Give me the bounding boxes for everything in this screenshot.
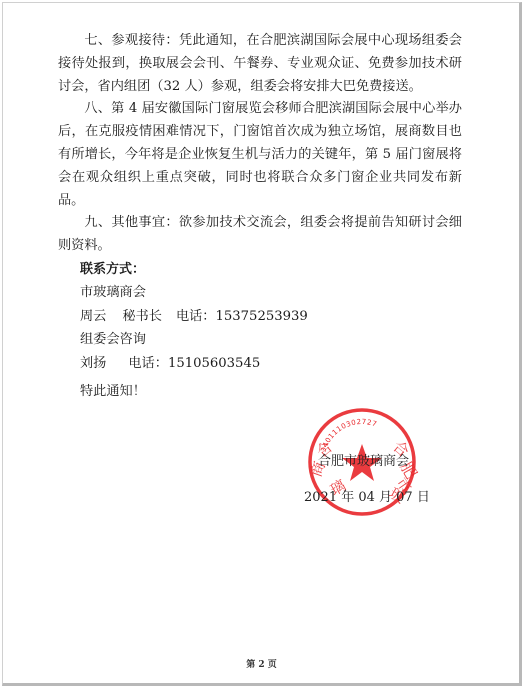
paragraph-seven: 七、参观接待：凭此通知，在合肥滨湖国际会展中心现场组委会接待处报到，换取展会会刊… — [58, 30, 462, 98]
contact-org-1: 市玻璃商会 — [80, 281, 462, 305]
contact-heading: 联系方式： — [80, 258, 462, 282]
contact-1-title: 秘书长 — [122, 309, 162, 324]
contact-2-name: 刘扬 — [80, 356, 106, 371]
paragraph-nine: 九、其他事宜：欲参加技术交流会，组委会将提前告知研讨会细则资料。 — [58, 212, 462, 258]
page-number: 第 2 页 — [0, 657, 523, 670]
contact-person-2: 刘扬电话：15105603545 — [80, 352, 462, 376]
signature-date: 2021 年 04 月 07 日 — [304, 486, 430, 505]
contact-1-phone-label: 电话： — [176, 309, 216, 324]
closing-text: 特此通知！ — [80, 380, 146, 399]
document-body: 七、参观接待：凭此通知，在合肥滨湖国际会展中心现场组委会接待处报到，换取展会会刊… — [58, 30, 462, 375]
contact-1-name: 周云 — [80, 309, 106, 324]
signature-org: 合肥市玻璃商会 — [318, 450, 409, 469]
contact-section: 联系方式： 市玻璃商会 周云秘书长电话：15375253939 组委会咨询 刘扬… — [58, 258, 462, 376]
contact-1-phone: 15375253939 — [216, 309, 308, 324]
contact-2-phone-label: 电话： — [128, 356, 168, 371]
contact-person-1: 周云秘书长电话：15375253939 — [80, 305, 462, 329]
contact-2-phone: 15105603545 — [168, 356, 260, 371]
paragraph-eight: 八、第 4 届安徽国际门窗展览会移师合肥滨湖国际会展中心举办后，在克服疫情困难情… — [58, 98, 462, 212]
contact-org-2: 组委会咨询 — [80, 328, 462, 352]
